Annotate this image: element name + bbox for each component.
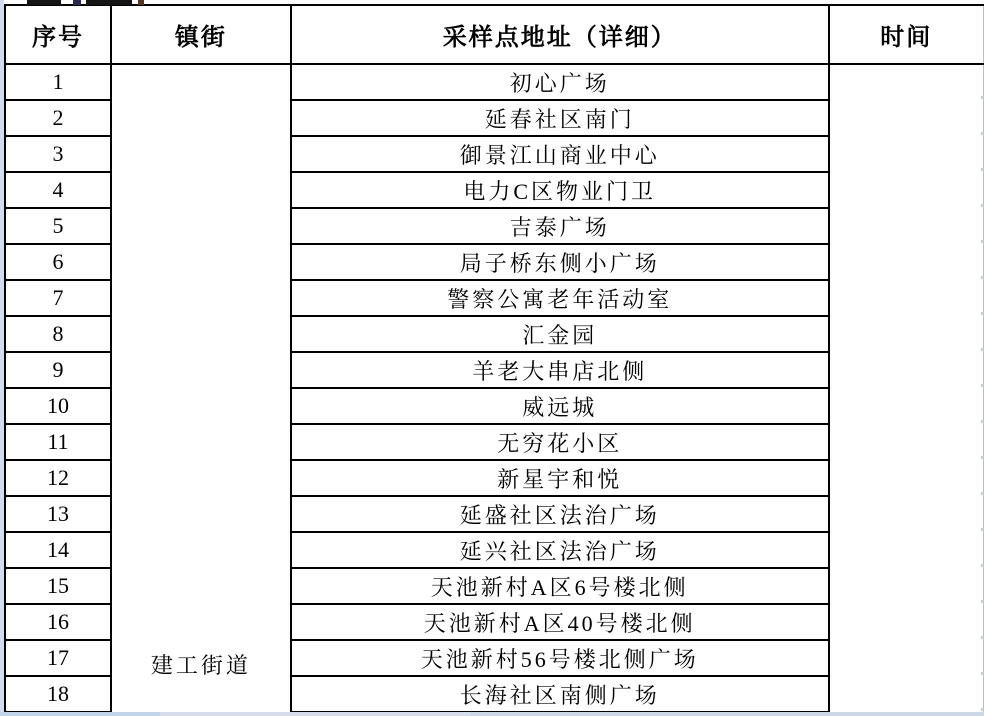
row-number-cell: 17 [5, 640, 111, 676]
header-row: 序号 镇街 采样点地址（详细） 时间 [5, 5, 984, 64]
header-cell-no: 序号 [5, 5, 111, 64]
row-number-cell: 12 [5, 460, 111, 496]
clipped-glyph [73, 0, 81, 5]
row-number-cell: 13 [5, 496, 111, 532]
district-merged-cell: 建工街道 [111, 64, 291, 716]
clipped-glyph [27, 0, 61, 5]
row-number-cell: 16 [5, 604, 111, 640]
address-cell: 延兴社区法治广场 [291, 532, 829, 568]
address-cell: 天池新村56号楼北侧广场 [291, 640, 829, 676]
header-cell-district: 镇街 [111, 5, 291, 64]
left-edge-strip [0, 0, 4, 716]
bottom-edge-strip [0, 712, 984, 716]
row-number-cell: 9 [5, 352, 111, 388]
row-number-cell: 5 [5, 208, 111, 244]
header-cell-address: 采样点地址（详细） [291, 5, 829, 64]
address-cell: 羊老大串店北侧 [291, 352, 829, 388]
row-number-cell: 18 [5, 676, 111, 712]
row-number-cell: 4 [5, 172, 111, 208]
row-number-cell: 14 [5, 532, 111, 568]
address-cell: 吉泰广场 [291, 208, 829, 244]
row-number-cell: 11 [5, 424, 111, 460]
address-cell: 延春社区南门 [291, 100, 829, 136]
row-number-cell: 3 [5, 136, 111, 172]
time-merged-cell [829, 64, 984, 716]
header-cell-time: 时间 [829, 5, 984, 64]
table-row: 1 建工街道 初心广场 [5, 64, 984, 100]
address-cell: 天池新村A区40号楼北侧 [291, 604, 829, 640]
address-cell: 电力C区物业门卫 [291, 172, 829, 208]
clipped-title-fragment [27, 0, 144, 5]
sampling-points-table: 序号 镇街 采样点地址（详细） 时间 1 建工街道 初心广场 2 延春社区南门 … [4, 4, 984, 716]
address-cell: 威远城 [291, 388, 829, 424]
address-cell: 新星宇和悦 [291, 460, 829, 496]
row-number-cell: 7 [5, 280, 111, 316]
address-cell: 长海社区南侧广场 [291, 676, 829, 712]
row-number-cell: 8 [5, 316, 111, 352]
row-number-cell: 1 [5, 64, 111, 100]
address-cell: 无穷花小区 [291, 424, 829, 460]
row-number-cell: 2 [5, 100, 111, 136]
address-cell: 汇金园 [291, 316, 829, 352]
row-number-cell: 6 [5, 244, 111, 280]
clipped-glyph [138, 0, 144, 5]
row-number-cell: 15 [5, 568, 111, 604]
address-cell: 天池新村A区6号楼北侧 [291, 568, 829, 604]
row-number-cell: 10 [5, 388, 111, 424]
address-cell: 局子桥东侧小广场 [291, 244, 829, 280]
address-cell: 御景江山商业中心 [291, 136, 829, 172]
address-cell: 初心广场 [291, 64, 829, 100]
address-cell: 警察公寓老年活动室 [291, 280, 829, 316]
document-page: 序号 镇街 采样点地址（详细） 时间 1 建工街道 初心广场 2 延春社区南门 … [0, 0, 984, 716]
clipped-glyph [86, 0, 132, 5]
address-cell: 延盛社区法治广场 [291, 496, 829, 532]
